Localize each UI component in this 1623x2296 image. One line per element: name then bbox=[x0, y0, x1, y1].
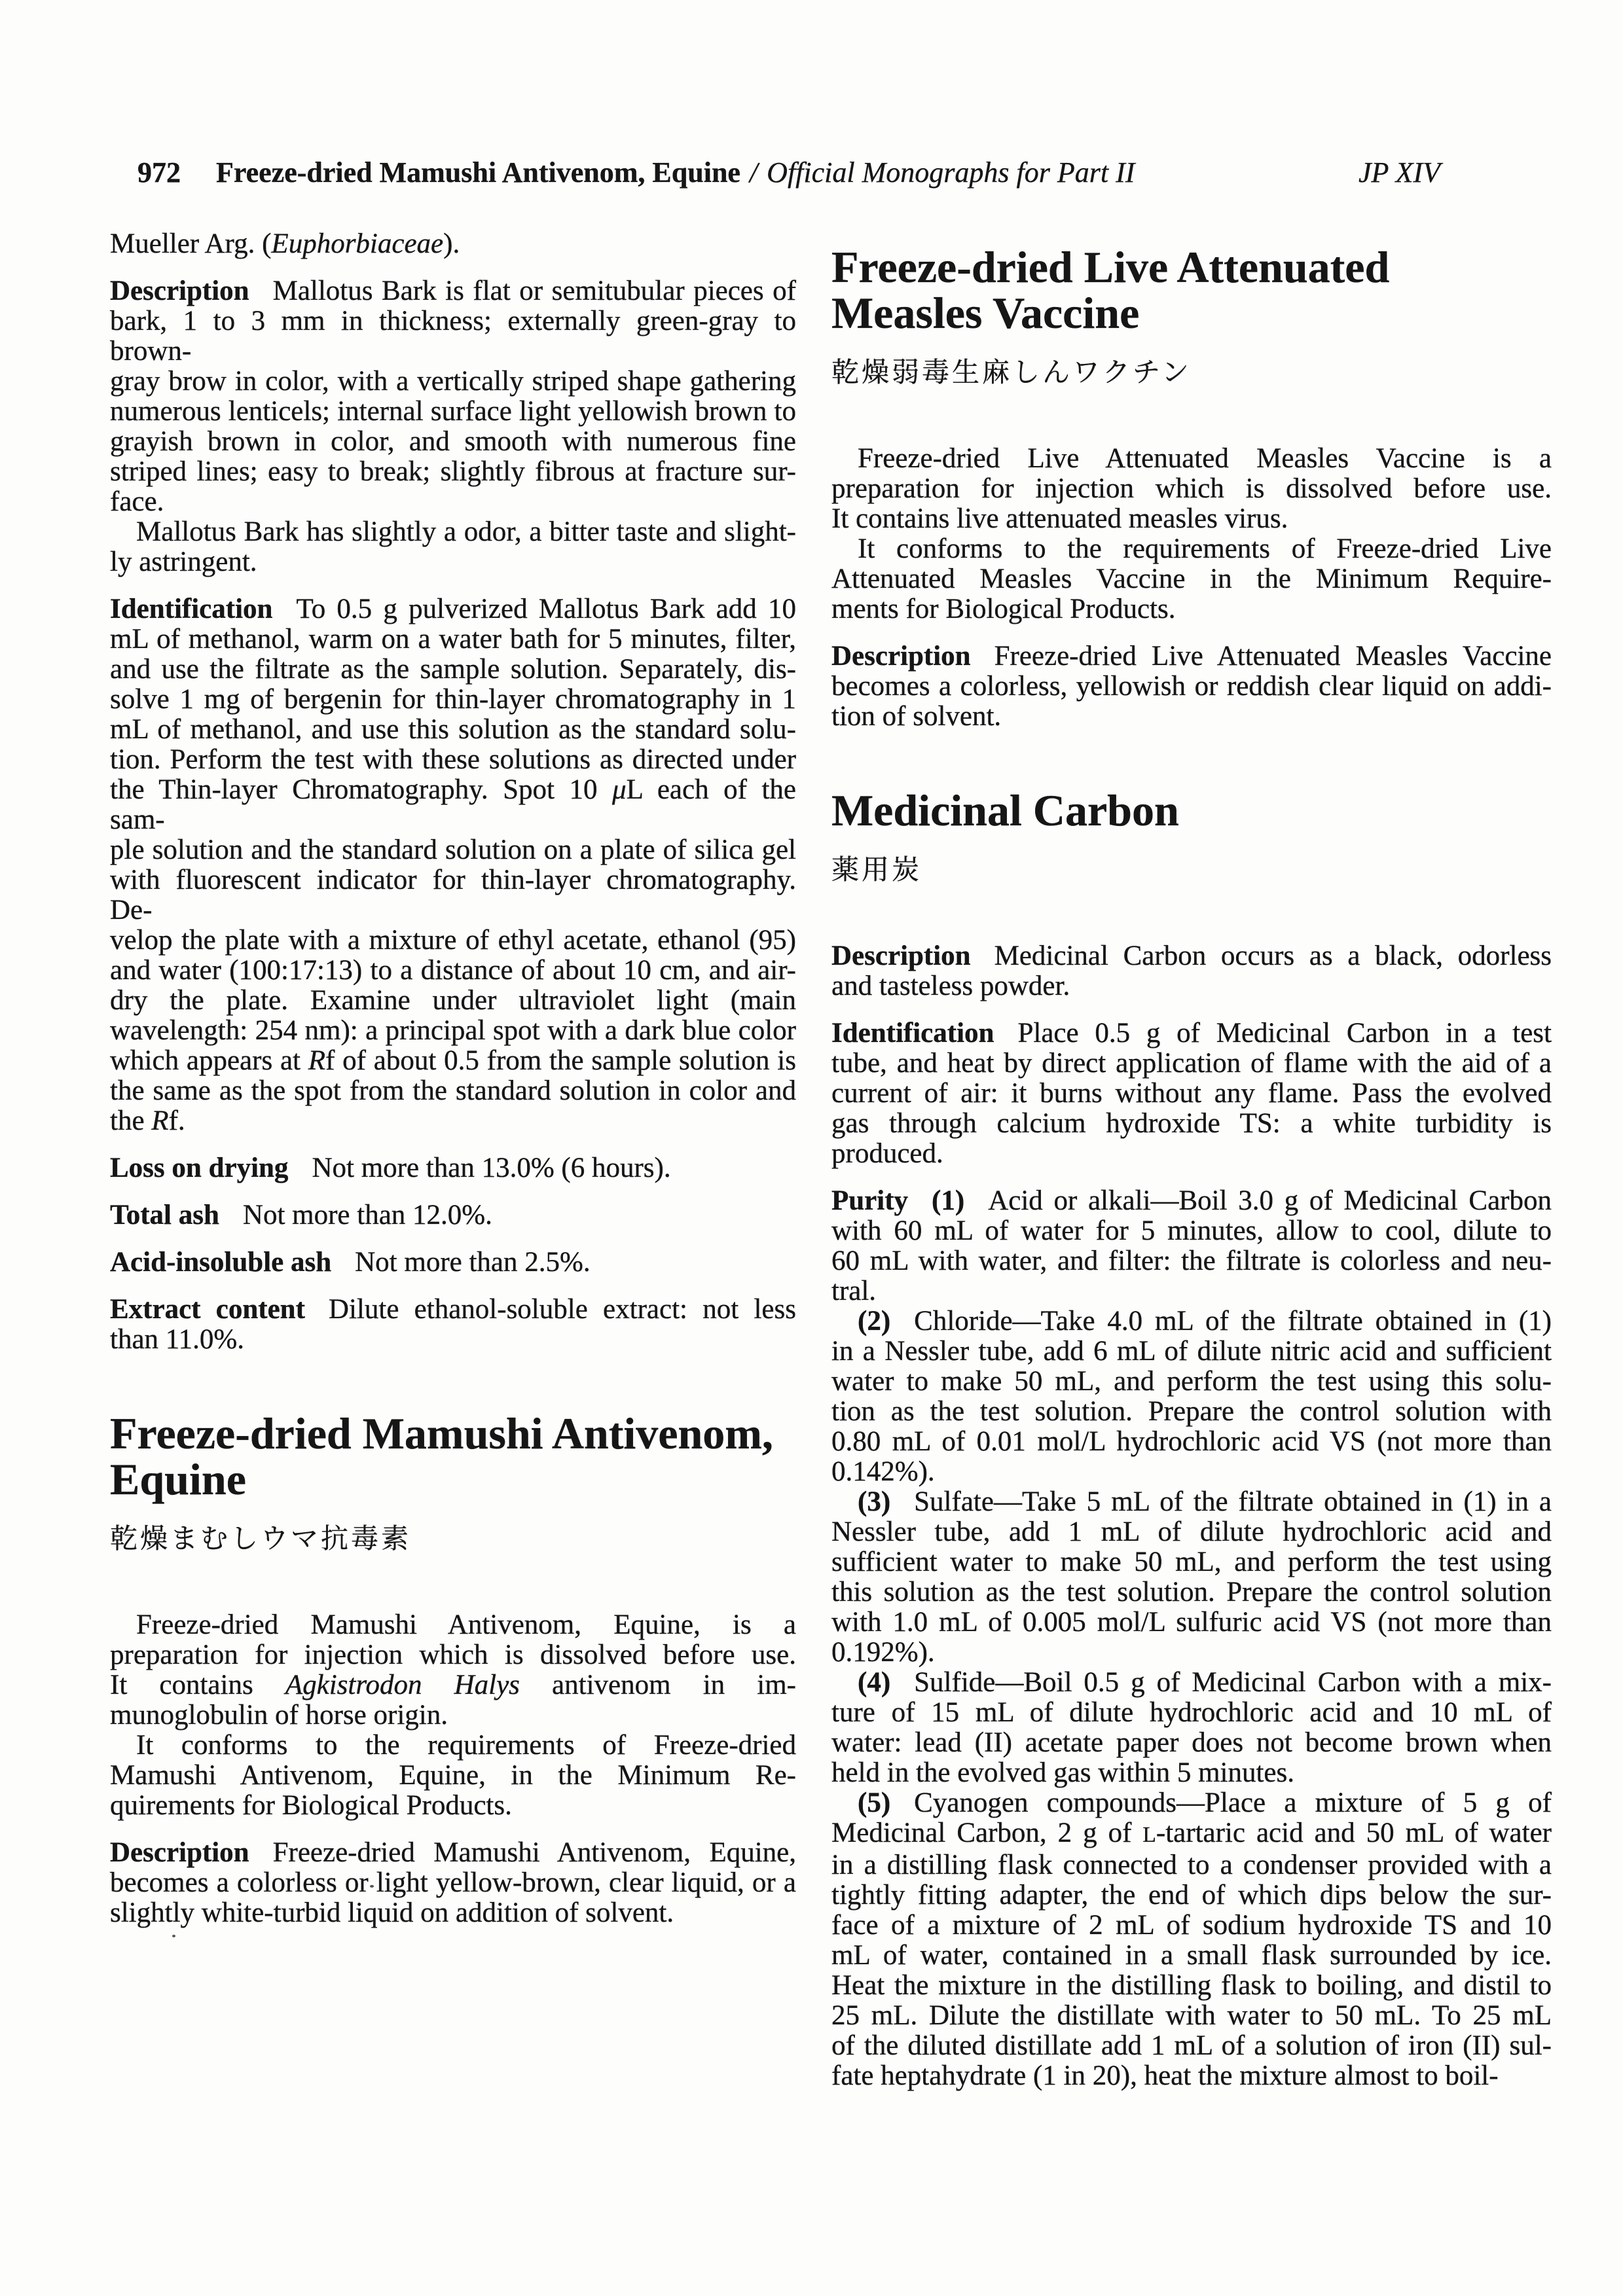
text-line: (4)Sulfide—Boil 0.5 g of Medicinal Carbo… bbox=[831, 1668, 1552, 1698]
text-line: IdentificationTo 0.5 g pulverized Mallot… bbox=[110, 594, 796, 624]
text-line: produced. bbox=[831, 1139, 1552, 1169]
text-line: DescriptionFreeze-dried Live Attenuated … bbox=[831, 641, 1552, 672]
text-line: mL of methanol, and use this solution as… bbox=[110, 715, 796, 745]
scan-artifact bbox=[370, 1885, 374, 1888]
text-line: DescriptionMallotus Bark is flat or semi… bbox=[110, 276, 796, 306]
paragraph-measles-conformance: It conforms to the requirements of Freez… bbox=[831, 534, 1552, 624]
text-line: held in the evolved gas within 5 minutes… bbox=[831, 1758, 1552, 1788]
text-line: (2)Chloride—Take 4.0 mL of the filtrate … bbox=[831, 1306, 1552, 1336]
text-line: with 60 mL of water for 5 minutes, allow… bbox=[831, 1216, 1552, 1246]
monograph-title-medicinal-carbon: Medicinal Carbon bbox=[831, 787, 1552, 833]
text-line: water to make 50 mL, and perform the tes… bbox=[831, 1367, 1552, 1397]
jp-subtitle-medicinal-carbon: 薬用炭 bbox=[831, 854, 1552, 886]
section-title: Official Monographs for Part II bbox=[767, 156, 1135, 188]
text-line: Attenuated Measles Vaccine in the Minimu… bbox=[831, 564, 1552, 594]
text-line: the Thin-layer Chromatography. Spot 10 μ… bbox=[110, 775, 796, 835]
text-line: munoglobulin of horse origin. bbox=[110, 1700, 796, 1731]
text-line: which appears at Rf of about 0.5 from th… bbox=[110, 1046, 796, 1076]
heading-line: Medicinal Carbon bbox=[831, 787, 1552, 833]
heading-line: Measles Vaccine bbox=[831, 290, 1552, 336]
text-line: tral. bbox=[831, 1276, 1552, 1306]
text-line: It conforms to the requirements of Freez… bbox=[831, 534, 1552, 564]
scanned-page: 972 Freeze-dried Mamushi Antivenom, Equi… bbox=[0, 0, 1623, 2296]
paragraph-identification-carbon: IdentificationPlace 0.5 g of Medicinal C… bbox=[831, 1018, 1552, 1169]
paragraph-description-mamushi: DescriptionFreeze-dried Mamushi Antiveno… bbox=[110, 1838, 796, 1928]
text-line: tightly fitting adapter, the end of whic… bbox=[831, 1880, 1552, 1910]
text-line: IdentificationPlace 0.5 g of Medicinal C… bbox=[831, 1018, 1552, 1049]
text-line: sufficient water to make 50 mL, and perf… bbox=[831, 1547, 1552, 1577]
paragraph-description-mallotus: DescriptionMallotus Bark is flat or semi… bbox=[110, 276, 796, 517]
text-line: face. bbox=[110, 487, 796, 517]
text-line: ple solution and the standard solution o… bbox=[110, 835, 796, 865]
text-line: water: lead (II) acetate paper does not … bbox=[831, 1728, 1552, 1758]
text-line: Total ashNot more than 12.0%. bbox=[110, 1200, 796, 1230]
text-line: 60 mL with water, and filter: the filtra… bbox=[831, 1246, 1552, 1276]
text-line: Heat the mixture in the distilling flask… bbox=[831, 1971, 1552, 2001]
text-line: slightly white-turbid liquid on addition… bbox=[110, 1898, 796, 1928]
text-line: Acid-insoluble ashNot more than 2.5%. bbox=[110, 1247, 796, 1278]
text-line: (5)Cyanogen compounds—Place a mixture of… bbox=[831, 1788, 1552, 1818]
paragraph-identification-mallotus: IdentificationTo 0.5 g pulverized Mallot… bbox=[110, 594, 796, 1136]
text-line: bark, 1 to 3 mm in thickness; externally… bbox=[110, 306, 796, 367]
text-line: gray brow in color, with a vertically st… bbox=[110, 367, 796, 397]
text-line: 0.192%). bbox=[831, 1638, 1552, 1668]
text-line: DescriptionFreeze-dried Mamushi Antiveno… bbox=[110, 1838, 796, 1868]
text-line: Loss on dryingNot more than 13.0% (6 hou… bbox=[110, 1153, 796, 1183]
header-separator: / bbox=[740, 156, 767, 188]
right-column: Freeze-dried Live AttenuatedMeasles Vacc… bbox=[831, 244, 1552, 2091]
text-line: mL of methanol, warm on a water bath for… bbox=[110, 624, 796, 655]
text-line: DescriptionMedicinal Carbon occurs as a … bbox=[831, 941, 1552, 971]
text-line: Purity(1)Acid or alkali—Boil 3.0 g of Me… bbox=[831, 1186, 1552, 1216]
paragraph-total-ash: Total ashNot more than 12.0%. bbox=[110, 1200, 796, 1230]
paragraph-purity-2-chloride: (2)Chloride—Take 4.0 mL of the filtrate … bbox=[831, 1306, 1552, 1487]
text-line: solve 1 mg of bergenin for thin-layer ch… bbox=[110, 685, 796, 715]
text-line: becomes a colorless or light yellow-brow… bbox=[110, 1868, 796, 1898]
text-line: Mamushi Antivenom, Equine, in the Minimu… bbox=[110, 1761, 796, 1791]
text-line: in a Nessler tube, add 6 mL of dilute ni… bbox=[831, 1336, 1552, 1367]
text-line: tion as the test solution. Prepare the c… bbox=[831, 1397, 1552, 1427]
text-line: tion of solvent. bbox=[831, 702, 1552, 732]
text-line: preparation for injection which is disso… bbox=[831, 474, 1552, 504]
paragraph-odor-taste: Mallotus Bark has slightly a odor, a bit… bbox=[110, 517, 796, 577]
page-number: 972 bbox=[137, 156, 181, 190]
text-line: and use the filtrate as the sample solut… bbox=[110, 655, 796, 685]
paragraph-acid-insoluble-ash: Acid-insoluble ashNot more than 2.5%. bbox=[110, 1247, 796, 1278]
header-titles: Freeze-dried Mamushi Antivenom, Equine/O… bbox=[216, 156, 1135, 190]
text-line: of the diluted distillate add 1 mL of a … bbox=[831, 2031, 1552, 2061]
text-line: face of a mixture of 2 mL of sodium hydr… bbox=[831, 1910, 1552, 1941]
paragraph-mamushi-conformance: It conforms to the requirements of Freez… bbox=[110, 1731, 796, 1821]
text-line: current of air: it burns without any fla… bbox=[831, 1079, 1552, 1109]
jp-subtitle-mamushi: 乾燥まむしウマ抗毒素 bbox=[110, 1523, 796, 1554]
paragraph-measles-definition: Freeze-dried Live Attenuated Measles Vac… bbox=[831, 444, 1552, 534]
edition-label: JP XIV bbox=[1359, 156, 1440, 190]
text-line: 0.80 mL of 0.01 mol/L hydrochloric acid … bbox=[831, 1427, 1552, 1457]
text-line: Mueller Arg. (Euphorbiaceae). bbox=[110, 229, 796, 259]
paragraph-extract-content: Extract contentDilute ethanol-soluble ex… bbox=[110, 1295, 796, 1355]
text-line: this solution as the test solution. Prep… bbox=[831, 1577, 1552, 1607]
text-line: Medicinal Carbon, 2 g of L-tartaric acid… bbox=[831, 1818, 1552, 1850]
text-line: It contains Agkistrodon Halys antivenom … bbox=[110, 1670, 796, 1700]
text-line: Extract contentDilute ethanol-soluble ex… bbox=[110, 1295, 796, 1325]
text-line: wavelength: 254 nm): a principal spot wi… bbox=[110, 1016, 796, 1046]
text-line: ments for Biological Products. bbox=[831, 594, 1552, 624]
text-line: preparation for injection which is disso… bbox=[110, 1640, 796, 1670]
paragraph-description-carbon: DescriptionMedicinal Carbon occurs as a … bbox=[831, 941, 1552, 1001]
scan-artifact bbox=[172, 1935, 175, 1937]
text-line: 25 mL. Dilute the distillate with water … bbox=[831, 2001, 1552, 2031]
text-line: 0.142%). bbox=[831, 1457, 1552, 1487]
text-line: quirements for Biological Products. bbox=[110, 1791, 796, 1821]
running-title: Freeze-dried Mamushi Antivenom, Equine bbox=[216, 156, 740, 188]
text-line: becomes a colorless, yellowish or reddis… bbox=[831, 672, 1552, 702]
paragraph-botanical-source: Mueller Arg. (Euphorbiaceae). bbox=[110, 229, 796, 259]
text-line: fate heptahydrate (1 in 20), heat the mi… bbox=[831, 2061, 1552, 2091]
heading-line: Equine bbox=[110, 1456, 796, 1502]
paragraph-mamushi-definition: Freeze-dried Mamushi Antivenom, Equine, … bbox=[110, 1610, 796, 1731]
jp-subtitle-measles: 乾燥弱毒生麻しんワクチン bbox=[831, 357, 1552, 388]
text-line: grayish brown in color, and smooth with … bbox=[110, 427, 796, 457]
text-line: the same as the spot from the standard s… bbox=[110, 1076, 796, 1106]
text-line: and water (100:17:13) to a distance of a… bbox=[110, 956, 796, 986]
text-line: gas through calcium hydroxide TS: a whit… bbox=[831, 1109, 1552, 1139]
text-line: and tasteless powder. bbox=[831, 971, 1552, 1001]
monograph-title-measles-vaccine: Freeze-dried Live AttenuatedMeasles Vacc… bbox=[831, 244, 1552, 336]
heading-line: Freeze-dried Mamushi Antivenom, bbox=[110, 1410, 796, 1456]
text-line: velop the plate with a mixture of ethyl … bbox=[110, 925, 796, 956]
text-line: striped lines; easy to break; slightly f… bbox=[110, 457, 796, 487]
text-line: dry the plate. Examine under ultraviolet… bbox=[110, 986, 796, 1016]
text-line: in a distilling flask connected to a con… bbox=[831, 1850, 1552, 1880]
text-line: tion. Perform the test with these soluti… bbox=[110, 745, 796, 775]
left-column: Mueller Arg. (Euphorbiaceae).Description… bbox=[110, 229, 796, 1928]
text-line: (3)Sulfate—Take 5 mL of the filtrate obt… bbox=[831, 1487, 1552, 1517]
text-line: Freeze-dried Mamushi Antivenom, Equine, … bbox=[110, 1610, 796, 1640]
paragraph-purity-4-sulfide: (4)Sulfide—Boil 0.5 g of Medicinal Carbo… bbox=[831, 1668, 1552, 1788]
paragraph-purity-5-cyanogen: (5)Cyanogen compounds—Place a mixture of… bbox=[831, 1788, 1552, 2091]
paragraph-purity-3-sulfate: (3)Sulfate—Take 5 mL of the filtrate obt… bbox=[831, 1487, 1552, 1668]
text-line: Freeze-dried Live Attenuated Measles Vac… bbox=[831, 444, 1552, 474]
text-line: than 11.0%. bbox=[110, 1325, 796, 1355]
heading-line: Freeze-dried Live Attenuated bbox=[831, 244, 1552, 290]
monograph-title-mamushi-antivenom: Freeze-dried Mamushi Antivenom,Equine bbox=[110, 1410, 796, 1502]
paragraph-loss-on-drying: Loss on dryingNot more than 13.0% (6 hou… bbox=[110, 1153, 796, 1183]
text-line: tube, and heat by direct application of … bbox=[831, 1049, 1552, 1079]
text-line: Mallotus Bark has slightly a odor, a bit… bbox=[110, 517, 796, 547]
paragraph-purity-1-acid-alkali: Purity(1)Acid or alkali—Boil 3.0 g of Me… bbox=[831, 1186, 1552, 1306]
text-line: Nessler tube, add 1 mL of dilute hydroch… bbox=[831, 1517, 1552, 1547]
text-line: ture of 15 mL of dilute hydrochloric aci… bbox=[831, 1698, 1552, 1728]
text-line: the Rf. bbox=[110, 1106, 796, 1136]
text-line: with 1.0 mL of 0.005 mol/L sulfuric acid… bbox=[831, 1607, 1552, 1638]
text-line: with fluorescent indicator for thin-laye… bbox=[110, 865, 796, 925]
text-line: ly astringent. bbox=[110, 547, 796, 577]
page-header: 972 Freeze-dried Mamushi Antivenom, Equi… bbox=[0, 156, 1623, 195]
paragraph-description-measles: DescriptionFreeze-dried Live Attenuated … bbox=[831, 641, 1552, 732]
text-line: mL of water, contained in a small flask … bbox=[831, 1941, 1552, 1971]
text-line: It conforms to the requirements of Freez… bbox=[110, 1731, 796, 1761]
text-line: numerous lenticels; internal surface lig… bbox=[110, 397, 796, 427]
text-line: It contains live attenuated measles viru… bbox=[831, 504, 1552, 534]
